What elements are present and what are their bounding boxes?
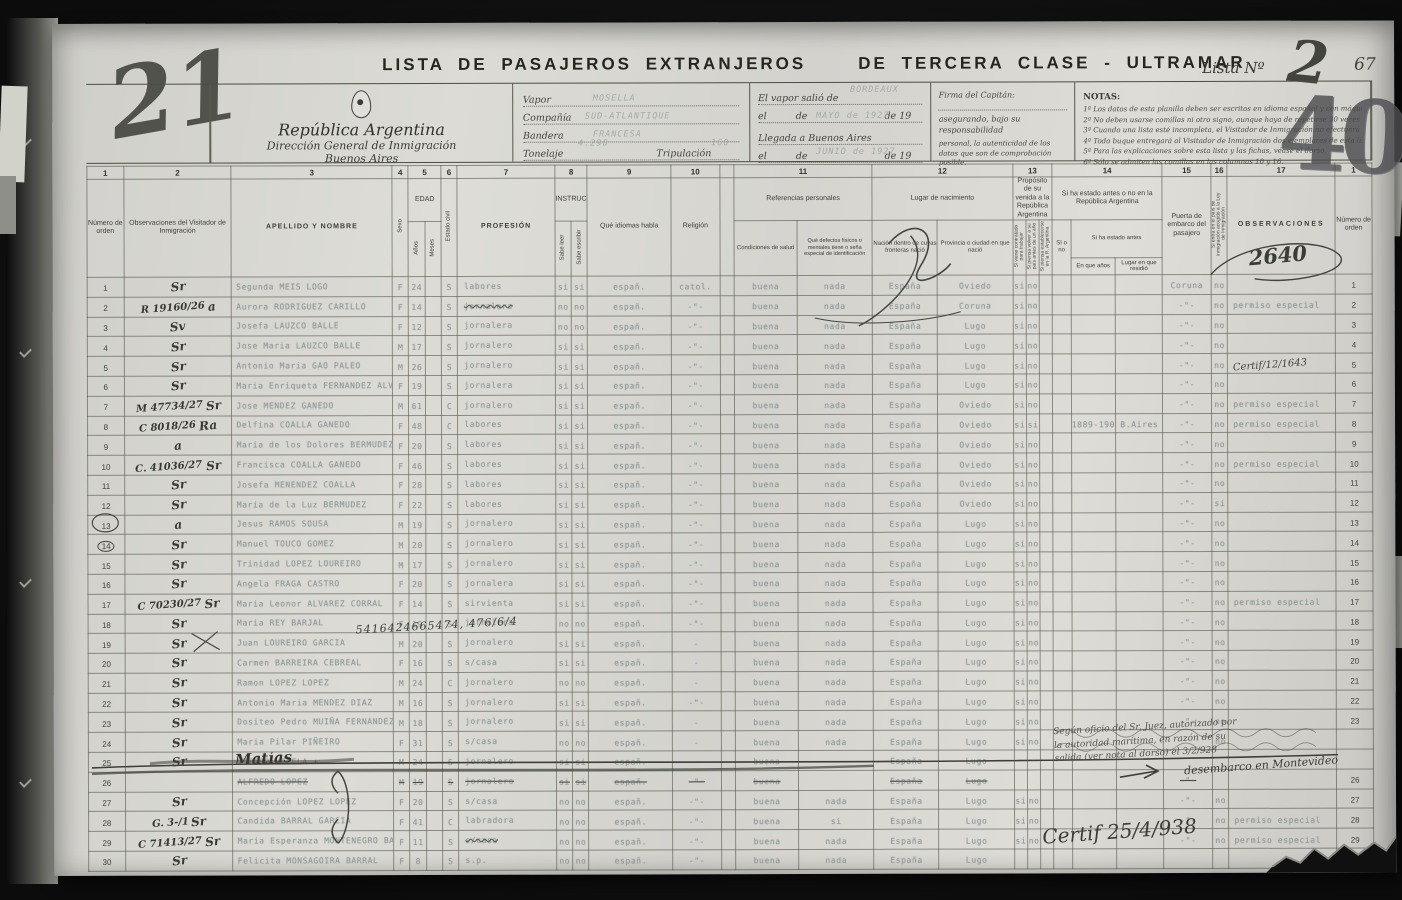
cell-prof: jornalero: [458, 632, 556, 652]
cell-c16: no: [1211, 294, 1227, 314]
llegada-date-value: JUNIO de 1927: [816, 147, 896, 157]
cell-nac: España: [874, 750, 939, 770]
cell-a: 14: [409, 296, 425, 316]
cell-sx: F: [393, 573, 409, 593]
cell-n: 4: [87, 337, 124, 357]
cell-prov: Lugo: [938, 592, 1013, 612]
cell-p3: [1040, 592, 1053, 612]
cell-rel: -: [672, 652, 721, 672]
cell-yrs: [1072, 651, 1117, 671]
cell-c16: no: [1212, 413, 1228, 433]
cell-a: 24: [409, 276, 425, 296]
cell-obs: Sr: [124, 356, 232, 376]
header-num-orden: Número de orden: [87, 179, 124, 277]
cell-pue: Coruna: [1162, 274, 1211, 294]
cell-prof: jornalero: [459, 751, 557, 771]
header-sabe-escribir: Sabe escribir: [571, 221, 587, 276]
cell-a: 12: [409, 316, 425, 336]
cell-pue: -"-: [1163, 670, 1212, 690]
cell-prov: Lugo: [939, 671, 1014, 691]
de-label: de: [796, 151, 808, 162]
cell-lug: [1116, 294, 1163, 314]
cell-rel: -"-: [671, 315, 720, 335]
cell-p1: si: [1014, 790, 1027, 810]
cell-c16: no: [1212, 631, 1228, 651]
salida-date-field: el de MAYO de 1927 de 19: [758, 111, 923, 123]
cell-name: Candida BARRAL GARCIA: [233, 811, 394, 831]
cell-n2: [1337, 729, 1374, 749]
cell-o17: Certif/12/1643: [1228, 353, 1336, 373]
cell-p2: no: [1027, 552, 1040, 572]
cell-name: Maria de la Luz BERMUDEZ: [232, 494, 393, 514]
cell-n: 29: [89, 832, 126, 852]
cell-p2: no: [1026, 334, 1039, 354]
cell-a: 19: [410, 771, 426, 791]
cell-obs: Sr: [125, 633, 233, 653]
cell-sal: buena: [735, 671, 798, 691]
cell-m: [425, 356, 441, 376]
cell-idi: españ.: [588, 395, 671, 415]
cell-n: 10: [88, 455, 125, 475]
cell-ec: S: [442, 692, 458, 712]
cell-rel: -"-: [673, 830, 722, 850]
cell-sp: [721, 790, 735, 810]
cell-lr: si: [555, 355, 571, 375]
cell-obs: Sr: [125, 713, 233, 733]
header-estado-civil: Estado civil: [441, 178, 458, 276]
cell-sx: F: [393, 474, 409, 494]
form-header-band: República Argentina Dirección General de…: [86, 81, 1372, 164]
cell-p1: si: [1014, 730, 1027, 750]
cell-nac: España: [874, 810, 939, 830]
cell-def: nada: [799, 830, 874, 850]
cell-o17: [1227, 274, 1335, 294]
cell-sp: [720, 355, 734, 375]
cell-lr: si: [555, 375, 571, 395]
cell-es: no: [573, 830, 589, 850]
cell-ec: S: [442, 712, 458, 732]
cell-p2: no: [1027, 532, 1040, 552]
cell-sx: F: [393, 435, 409, 455]
agency-line1: República Argentina: [211, 120, 512, 140]
cell-p1: [1014, 750, 1027, 770]
header-estado-antes: Si ha estado antes o no en la República …: [1052, 177, 1162, 220]
cell-sal: buena: [735, 493, 798, 513]
cell-sp: [721, 691, 735, 711]
cell-n: 2: [87, 297, 124, 317]
cell-idi: españ.: [589, 652, 672, 672]
cell-es: si: [573, 771, 589, 791]
cell-es: si: [571, 276, 587, 296]
form-title: LISTA DE PASAJEROS EXTRANJEROS DE TERCER…: [382, 53, 1246, 75]
cell-n2: 8: [1336, 413, 1373, 433]
cell-lug: [1117, 631, 1164, 651]
header-lugar-nac: Lugar de nacimiento: [872, 177, 1013, 220]
cell-lr: no: [557, 850, 573, 870]
cell-idi: españ.: [588, 593, 671, 613]
cell-lug: [1116, 532, 1163, 552]
cell-p1: si: [1014, 691, 1027, 711]
cell-nac: España: [873, 414, 938, 434]
coat-of-arms-icon: [351, 90, 371, 118]
cell-p1: si: [1013, 394, 1026, 414]
cell-es: no: [573, 811, 589, 831]
cell-sn: [1054, 770, 1072, 790]
cell-yrs: [1071, 453, 1116, 473]
cell-a: 61: [409, 395, 425, 415]
cell-yrs: [1072, 631, 1117, 651]
cell-p3: [1040, 493, 1053, 513]
cell-name: Maria Leonor ALVAREZ CORRAL: [232, 593, 393, 613]
cell-p2: no: [1027, 572, 1040, 592]
cell-lr: si: [555, 434, 571, 454]
cell-nac: España: [873, 552, 938, 572]
cell-prov: Lugo: [939, 750, 1014, 770]
cell-es: no: [572, 613, 588, 633]
cell-a: 17: [409, 336, 425, 356]
cell-prof: jornalero: [458, 514, 556, 534]
cell-sp: [720, 394, 734, 414]
cell-es: si: [572, 375, 588, 395]
cell-lug: [1116, 591, 1163, 611]
cell-m: [426, 593, 442, 613]
cell-lug: [1116, 512, 1163, 532]
cell-lr: si: [556, 712, 572, 732]
cell-ec: S: [443, 851, 459, 871]
cell-p3: [1040, 473, 1053, 493]
paper-scrap: [0, 86, 28, 183]
cell-sn: [1053, 275, 1071, 295]
nota-item: 3ª Cuando una lista esté incompleta, el …: [1083, 125, 1362, 136]
cell-sx: M: [393, 395, 409, 415]
cell-yrs: [1072, 532, 1117, 552]
cell-lug: [1116, 473, 1163, 493]
salida-port-value: BORDEAUX: [850, 85, 899, 95]
cell-def: nada: [798, 493, 873, 513]
cell-def: nada: [797, 335, 872, 355]
cell-prov: Oviedo: [938, 473, 1013, 493]
cell-prof: s.p.: [459, 850, 557, 870]
cell-obs: Sr: [124, 495, 232, 515]
cell-sal: buena: [734, 295, 797, 315]
cell-o17: [1228, 611, 1336, 631]
cell-c16: no: [1212, 651, 1228, 671]
passenger-tbody: 1SrSegunda MEIS LOGOF24Slaboressisiespañ…: [87, 274, 1374, 871]
agency-block: República Argentina Dirección General de…: [210, 84, 513, 163]
cell-rel: -"-: [671, 394, 720, 414]
cell-sp: [721, 771, 735, 791]
cell-p2: no: [1026, 314, 1039, 334]
cell-lug: [1116, 433, 1163, 453]
cell-es: si: [572, 454, 588, 474]
cell-ec: S: [441, 316, 457, 336]
cell-prof: jornalero: [459, 712, 557, 732]
cell-a: 19: [409, 375, 425, 395]
torn-corner-shape: [1266, 836, 1396, 872]
cell-prof: jornalero: [458, 672, 556, 692]
cell-def: nada: [798, 632, 873, 652]
cell-yrs: [1071, 294, 1116, 314]
cell-def: nada: [798, 572, 873, 592]
cell-p1: si: [1014, 611, 1027, 631]
cell-obs: R 19160/26a: [124, 297, 232, 317]
cell-nac: España: [873, 335, 938, 355]
cell-o17: [1228, 314, 1336, 334]
cell-es: si: [572, 355, 588, 375]
cell-sx: F: [394, 811, 410, 831]
header-num-orden2: Número de orden: [1335, 176, 1372, 274]
cell-name: Manuel TOUCO GOMEZ: [232, 534, 393, 554]
cell-rel: -: [672, 751, 721, 771]
cell-def: nada: [798, 691, 873, 711]
cell-n: 25: [88, 752, 125, 772]
cell-p3: [1039, 275, 1052, 295]
col-num: 6: [441, 165, 457, 178]
cell-idi: españ.: [588, 553, 671, 573]
cell-prof: jornalera: [458, 375, 556, 395]
cell-rel: -"-: [672, 592, 721, 612]
cell-n: 26: [88, 772, 125, 792]
cell-p3: [1040, 433, 1053, 453]
cell-es: si: [573, 751, 589, 771]
cell-obs: Sr: [125, 693, 233, 713]
binding-stitch: [19, 345, 32, 358]
cell-yrs: 1889-1908: [1071, 413, 1116, 433]
cell-o17: [1228, 571, 1336, 591]
cell-pue: -"-: [1163, 690, 1212, 710]
cell-prof: jornalero: [458, 553, 556, 573]
cell-sal: buena: [734, 315, 797, 335]
cell-lr: no: [556, 811, 572, 831]
cell-sx: F: [394, 791, 410, 811]
cell-yrs: [1071, 512, 1116, 532]
cell-name: Jose MENDEZ GANEDO: [232, 395, 393, 415]
header-col16: Si entra en el país de inmigración acogi…: [1211, 176, 1228, 274]
cell-prov: Oviedo: [938, 414, 1013, 434]
cell-es: no: [571, 316, 587, 336]
cell-sn: [1053, 611, 1071, 631]
cell-sx: M: [394, 752, 410, 772]
cell-p1: [1014, 849, 1027, 869]
cell-nac: España: [873, 295, 938, 315]
cell-def: nada: [798, 414, 873, 434]
cell-o17: [1228, 432, 1336, 452]
cell-sx: F: [392, 277, 408, 297]
cell-ec: S: [442, 593, 458, 613]
cell-rel: -"-: [672, 533, 721, 553]
cell-obs: Sr: [125, 554, 233, 574]
cell-obs: Sr: [125, 792, 233, 812]
cell-o17: permiso especial: [1228, 294, 1336, 314]
cell-sal: buena: [735, 454, 798, 474]
llegada-date-field: el de JUNIO de 1927 de 19: [758, 151, 923, 163]
cell-idi: españ.: [589, 771, 672, 791]
llegada-label: Llegada a Buenos Aires: [758, 133, 872, 144]
cell-n: 23: [88, 713, 125, 733]
cell-lr: si: [556, 692, 572, 712]
cell-c16: no: [1212, 453, 1228, 473]
cell-nac: España: [873, 453, 938, 473]
vapor-value: MOSELLA: [593, 93, 636, 103]
cell-rel: -"-: [672, 691, 721, 711]
cell-sal: buena: [735, 770, 798, 790]
cell-name: Ramon LOPEZ LOPEZ: [233, 672, 394, 692]
cell-def: nada: [799, 849, 874, 869]
cell-p1: si: [1013, 295, 1026, 315]
cell-def: nada: [797, 354, 872, 374]
cell-a: 24: [410, 672, 426, 692]
compania-field: Compañía SUD-ATLANTIQUE: [523, 112, 739, 125]
salida-field: El vapor salió de BORDEAUX: [758, 93, 923, 105]
cell-pue: -"-: [1163, 393, 1212, 413]
cell-p3: [1041, 790, 1054, 810]
cell-pue: -"-: [1163, 453, 1212, 473]
cell-rel: -: [672, 632, 721, 652]
cell-name: Concepción LOPEZ LOPEZ: [233, 791, 394, 811]
cell-es: no: [573, 731, 589, 751]
cell-yrs: [1072, 611, 1117, 631]
cell-c16: no: [1212, 393, 1228, 413]
cell-a: 19: [409, 514, 425, 534]
cell-lug: [1116, 453, 1163, 473]
cell-ec: S: [442, 474, 458, 494]
el-label: el: [758, 151, 767, 162]
cell-lug: [1116, 354, 1163, 374]
cell-sp: [721, 711, 735, 731]
cell-c16: no: [1212, 532, 1228, 552]
cell-prof: labores: [458, 454, 556, 474]
col-num: 17: [1227, 163, 1335, 176]
cell-lr: si: [555, 395, 571, 415]
cell-p2: no: [1028, 829, 1041, 849]
cell-p2: no: [1026, 354, 1039, 374]
cell-name: Josefa MENENDEZ COALLA: [232, 475, 393, 495]
cell-o17: [1228, 492, 1336, 512]
cell-n2: 6: [1336, 373, 1373, 393]
cell-obs: G. 3-/1Sr: [125, 811, 233, 831]
cell-prov: Lugo: [938, 513, 1013, 533]
cell-name: Antonio Maria GAO PALEO: [232, 356, 393, 376]
cell-n: 12: [88, 495, 125, 515]
cell-n: 1: [87, 277, 124, 297]
salida-label: El vapor salió de: [758, 93, 838, 104]
cell-pue: -"-: [1163, 373, 1212, 393]
cell-p1: si: [1014, 651, 1027, 671]
header-puerta: Puerta de embarco del pasajero: [1162, 176, 1211, 274]
cell-lr: si: [556, 553, 572, 573]
cell-pue: -"-: [1164, 789, 1213, 809]
cell-p2: no: [1026, 394, 1039, 414]
cell-ec: S: [441, 296, 457, 316]
cell-lr: si: [556, 494, 572, 514]
cell-c16: no: [1212, 591, 1228, 611]
cell-m: [425, 435, 441, 455]
cell-pue: -"-: [1163, 472, 1212, 492]
cell-obs: [125, 772, 233, 792]
cell-prov: Lugo: [939, 691, 1014, 711]
cell-lr: no: [556, 791, 572, 811]
cell-obs: Sr: [125, 653, 233, 673]
col-num: 5: [408, 165, 441, 178]
cell-prov: Lugo: [938, 354, 1013, 374]
cell-prof: s/casa: [459, 830, 557, 850]
cell-es: no: [571, 296, 587, 316]
cell-idi: españ.: [589, 612, 672, 632]
cell-a: 11: [410, 831, 426, 851]
cell-a: 26: [409, 356, 425, 376]
header-profesion: PROFESIÓN: [457, 178, 555, 276]
cell-sx: F: [393, 653, 409, 673]
cell-rel: -"-: [672, 454, 721, 474]
cell-n2: 1: [1335, 274, 1372, 294]
cell-yrs: [1071, 334, 1116, 354]
cell-sx: F: [393, 415, 409, 435]
cell-nac: España: [873, 394, 938, 414]
cell-prof: jornalero: [458, 395, 556, 415]
cell-lr: si: [556, 454, 572, 474]
cell-sal: buena: [736, 850, 799, 870]
cell-obs: a: [124, 435, 232, 455]
cell-lug: [1116, 393, 1163, 413]
cell-es: si: [572, 533, 588, 553]
cell-sal: buena: [735, 751, 798, 771]
cell-prov: Lugo: [938, 572, 1013, 592]
cell-obs: M 47734/27Sr: [124, 396, 232, 416]
cell-m: [426, 771, 442, 791]
cell-p2: no: [1027, 631, 1040, 651]
cell-nac: España: [874, 829, 939, 849]
cell-p3: [1040, 453, 1053, 473]
cell-ec: S: [441, 375, 457, 395]
cell-es: si: [572, 652, 588, 672]
cell-lr: no: [557, 830, 573, 850]
cell-c16: no: [1212, 433, 1228, 453]
cell-obs: Sr: [125, 752, 233, 772]
header-edad: EDAD: [408, 178, 441, 221]
cell-a: 16: [410, 692, 426, 712]
cell-name: Antonio Maria MENDEZ DIAZ: [233, 692, 394, 712]
cell-sal: buena: [735, 592, 798, 612]
cell-idi: españ.: [588, 474, 671, 494]
cell-p2: no: [1026, 374, 1039, 394]
cell-prof: jornalero: [458, 355, 556, 375]
cell-m: [425, 415, 441, 435]
cell-es: si: [572, 335, 588, 355]
cell-n2: 27: [1337, 789, 1374, 809]
cell-prov: Lugo: [939, 809, 1014, 829]
cell-ec: S: [441, 336, 457, 356]
cell-p3: [1039, 334, 1052, 354]
cell-p2: [1028, 849, 1041, 869]
cell-p2: no: [1027, 809, 1040, 829]
cell-sn: [1053, 413, 1071, 433]
cell-nac: España: [874, 849, 939, 869]
cell-ec: S: [442, 771, 458, 791]
cell-sal: buena: [735, 632, 798, 652]
cell-sx: F: [394, 851, 410, 871]
cell-m: [425, 276, 441, 296]
cell-p3: [1040, 532, 1053, 552]
col-num: [720, 165, 734, 178]
cell-nac: España: [873, 572, 938, 592]
cell-sal: buena: [735, 513, 798, 533]
cell-sn: [1053, 473, 1071, 493]
agency-line2: Dirección General de Inmigración: [211, 139, 512, 153]
cell-p1: si: [1013, 493, 1026, 513]
col-num: 14: [1052, 164, 1162, 177]
cell-p3: [1040, 552, 1053, 572]
cell-c16: no: [1212, 571, 1228, 591]
